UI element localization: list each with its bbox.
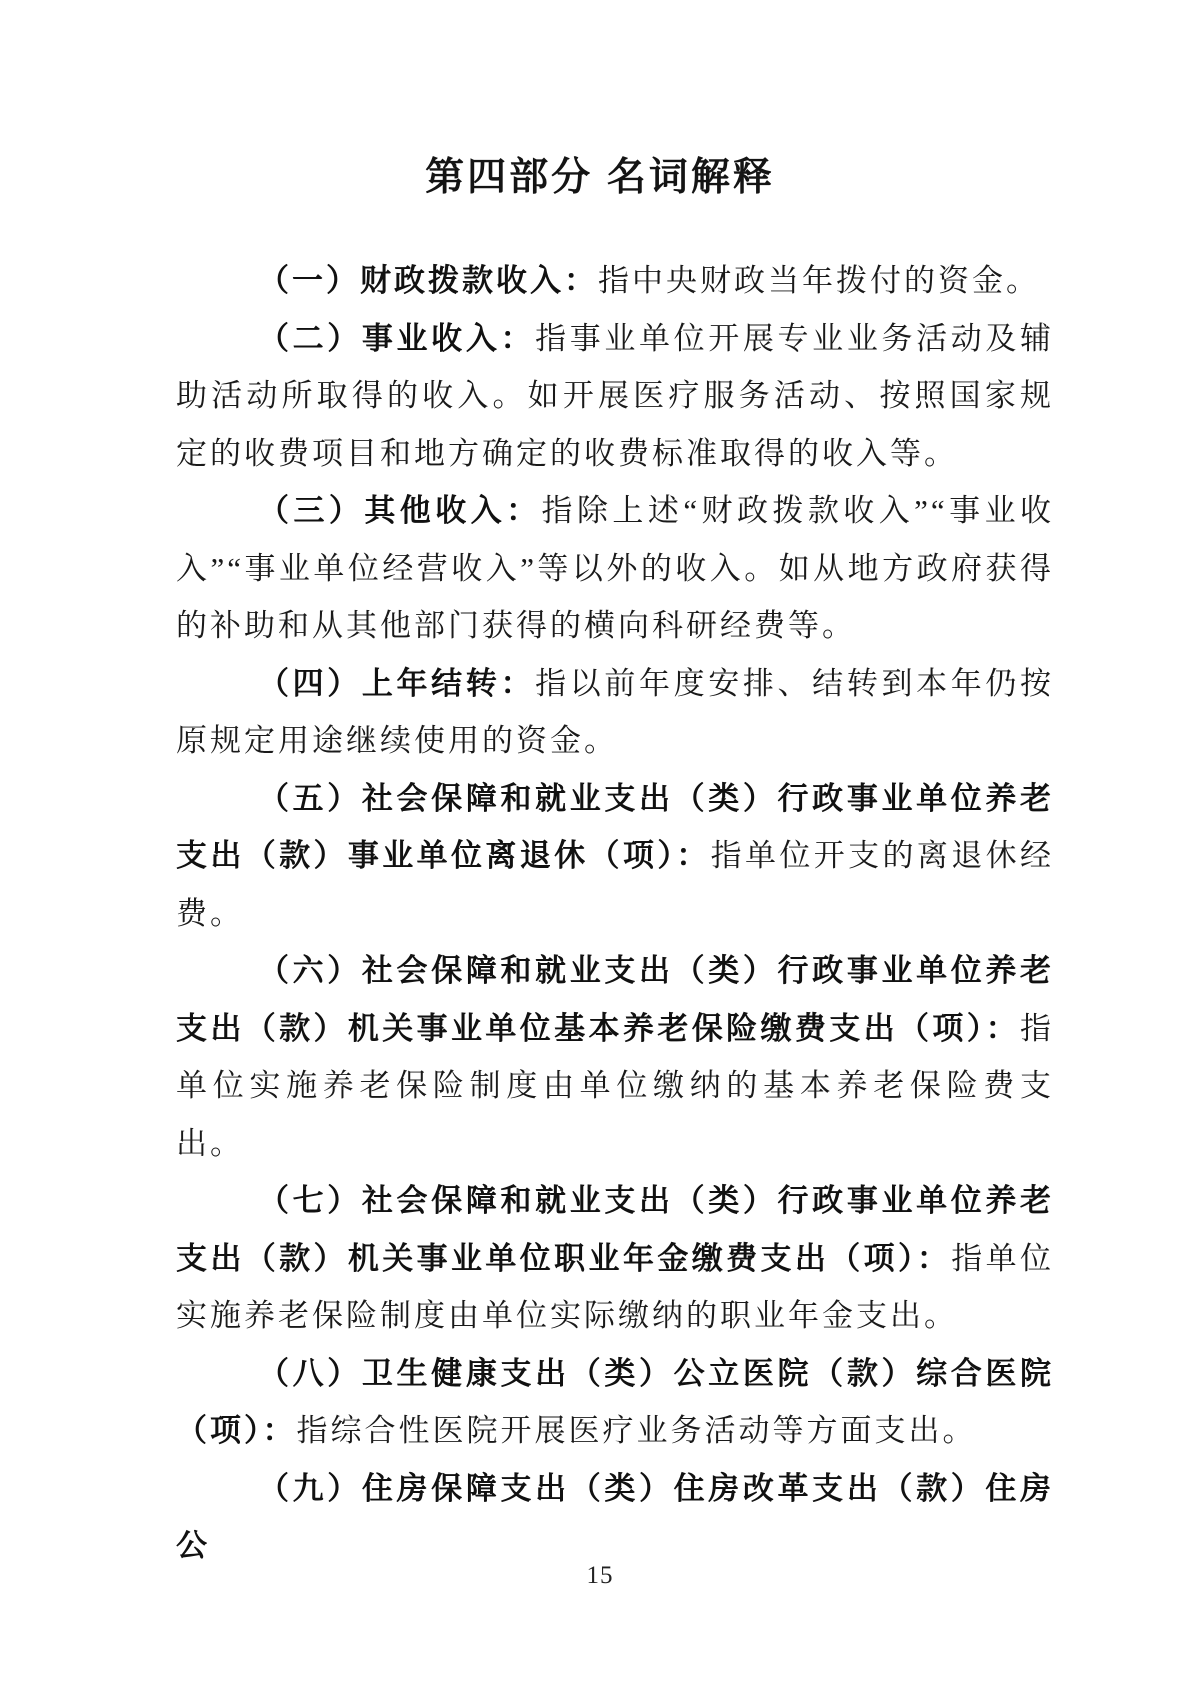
page-number: 15: [0, 1562, 1200, 1590]
term-label: （六）社会保障和就业支出（类）行政事业单位养老支出（款）机关事业单位基本养老保险…: [176, 953, 1054, 1046]
term-label: （七）社会保障和就业支出（类）行政事业单位养老支出（款）机关事业单位职业年金缴费…: [176, 1183, 1054, 1276]
term-paragraph: （五）社会保障和就业支出（类）行政事业单位养老支出（款）事业单位离退休（项）：指…: [176, 770, 1054, 943]
term-paragraph: （六）社会保障和就业支出（类）行政事业单位养老支出（款）机关事业单位基本养老保险…: [176, 942, 1054, 1172]
term-label: （四）上年结转：: [258, 666, 535, 701]
term-body: 指综合性医院开展医疗业务活动等方面支出。: [297, 1413, 977, 1448]
terms-list: （一）财政拨款收入：指中央财政当年拨付的资金。（二）事业收入：指事业单位开展专业…: [176, 252, 1054, 1575]
term-paragraph: （一）财政拨款收入：指中央财政当年拨付的资金。: [176, 252, 1054, 310]
term-label: （一）财政拨款收入：: [258, 263, 598, 298]
term-paragraph: （八）卫生健康支出（类）公立医院（款）综合医院（项）：指综合性医院开展医疗业务活…: [176, 1345, 1054, 1460]
term-label: （二）事业收入：: [258, 321, 535, 356]
term-label: （三）其他收入：: [258, 493, 542, 528]
page-title: 第四部分 名词解释: [0, 146, 1200, 202]
term-paragraph: （四）上年结转：指以前年度安排、结转到本年仍按原规定用途继续使用的资金。: [176, 655, 1054, 770]
term-paragraph: （二）事业收入：指事业单位开展专业业务活动及辅助活动所取得的收入。如开展医疗服务…: [176, 310, 1054, 483]
term-paragraph: （三）其他收入：指除上述“财政拨款收入”“事业收入”“事业单位经营收入”等以外的…: [176, 482, 1054, 655]
term-body: 指中央财政当年拨付的资金。: [598, 263, 1040, 298]
term-label: （九）住房保障支出（类）住房改革支出（款）住房公: [176, 1471, 1054, 1564]
term-paragraph: （九）住房保障支出（类）住房改革支出（款）住房公: [176, 1460, 1054, 1575]
term-paragraph: （七）社会保障和就业支出（类）行政事业单位养老支出（款）机关事业单位职业年金缴费…: [176, 1172, 1054, 1345]
